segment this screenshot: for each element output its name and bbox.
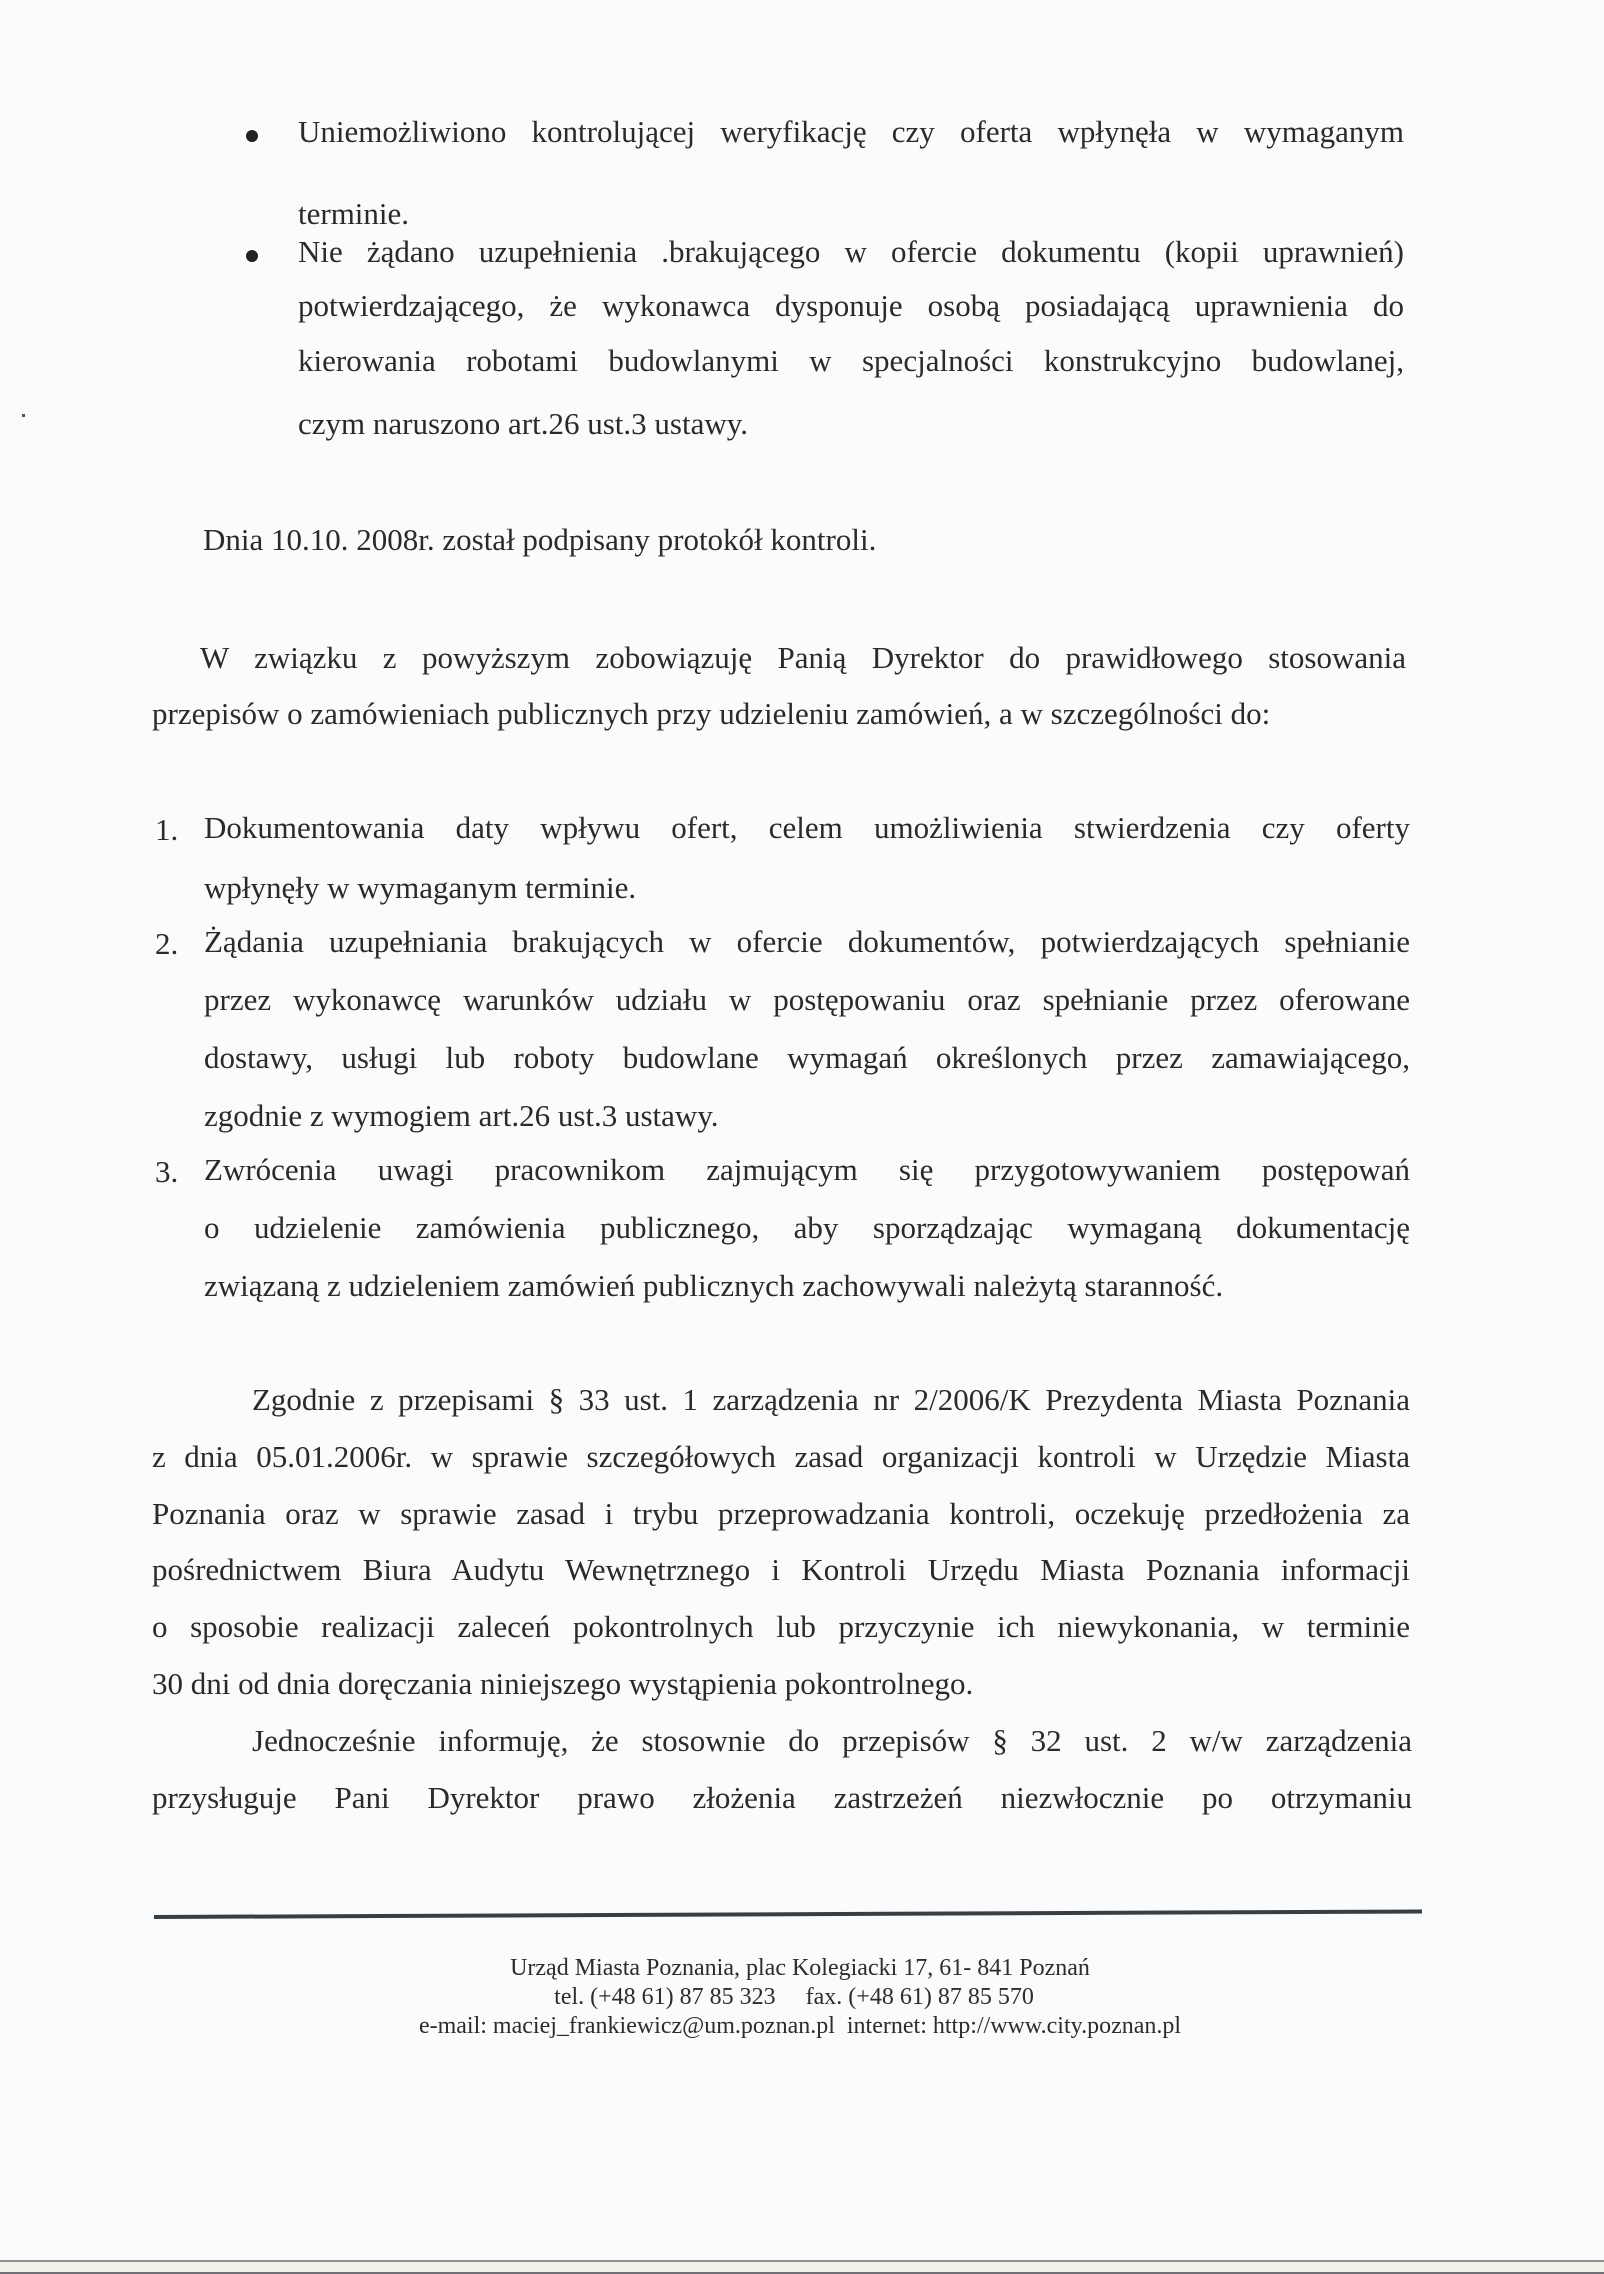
footer-divider [154, 1909, 1422, 1919]
item-1-line-1: Dokumentowania daty wpływu ofert, celem … [204, 810, 1410, 846]
item-2-line-1: Żądania uzupełniania brakujących w oferc… [204, 924, 1410, 960]
item-3-line-1: Zwrócenia uwagi pracownikom zajmującym s… [204, 1152, 1410, 1188]
regulation-line-2: z dnia 05.01.2006r. w sprawie szczegółow… [152, 1439, 1410, 1475]
obligation-line-2: przepisów o zamówieniach publicznych prz… [152, 696, 1270, 732]
scanned-letter-page: Uniemożliwiono kontrolującej weryfikację… [0, 0, 1604, 2274]
item-2-line-2: przez wykonawcę warunków udziału w postę… [204, 982, 1410, 1018]
protocol-sentence: Dnia 10.10. 2008r. został podpisany prot… [203, 522, 876, 558]
objection-line-2: przysługuje Pani Dyrektor prawo złożenia… [152, 1780, 1412, 1816]
bullet-2-line-2: potwierdzającego, że wykonawca dysponuje… [298, 288, 1404, 324]
item-3-line-3: związaną z udzieleniem zamówień publiczn… [204, 1268, 1223, 1304]
item-2-line-3: dostawy, usługi lub roboty budowlane wym… [204, 1040, 1410, 1076]
bullet-2-line-1: Nie żądano uzupełnienia .brakującego w o… [298, 234, 1404, 270]
item-2-line-4: zgodnie z wymogiem art.26 ust.3 ustawy. [204, 1098, 719, 1134]
bullet-icon [246, 130, 258, 142]
scan-speck [22, 414, 25, 417]
footer-email-web: e-mail: maciej_frankiewicz@um.poznan.pl … [0, 2012, 1602, 2040]
item-number: 3. [155, 1154, 178, 1190]
bullet-2-line-4: czym naruszono art.26 ust.3 ustawy. [298, 406, 748, 442]
regulation-line-3: Poznania oraz w sprawie zasad i trybu pr… [152, 1496, 1410, 1532]
bullet-2-line-3: kierowania robotami budowlanymi w specja… [298, 343, 1404, 379]
regulation-line-4: pośrednictwem Biura Audytu Wewnętrznego … [152, 1552, 1410, 1588]
regulation-line-5: o sposobie realizacji zaleceń pokontroln… [152, 1609, 1410, 1645]
regulation-line-1: Zgodnie z przepisami § 33 ust. 1 zarządz… [252, 1382, 1410, 1418]
bullet-1-line-2: terminie. [298, 196, 409, 232]
item-number: 2. [155, 926, 178, 962]
scan-edge-strip [0, 2262, 1604, 2272]
bullet-icon [246, 250, 258, 262]
item-1-line-2: wpłynęły w wymaganym terminie. [204, 870, 636, 906]
item-3-line-2: o udzielenie zamówienia publicznego, aby… [204, 1210, 1410, 1246]
regulation-line-6: 30 dni od dnia doręczania niniejszego wy… [152, 1666, 973, 1702]
bullet-1-line-1: Uniemożliwiono kontrolującej weryfikację… [298, 114, 1404, 150]
item-number: 1. [155, 812, 178, 848]
footer-address: Urząd Miasta Poznania, plac Kolegiacki 1… [0, 1954, 1602, 1982]
obligation-line-1: W związku z powyższym zobowiązuję Panią … [200, 640, 1406, 676]
footer-phone-fax: tel. (+48 61) 87 85 323 fax. (+48 61) 87… [0, 1983, 1596, 2011]
objection-line-1: Jednocześnie informuję, że stosownie do … [252, 1723, 1412, 1759]
